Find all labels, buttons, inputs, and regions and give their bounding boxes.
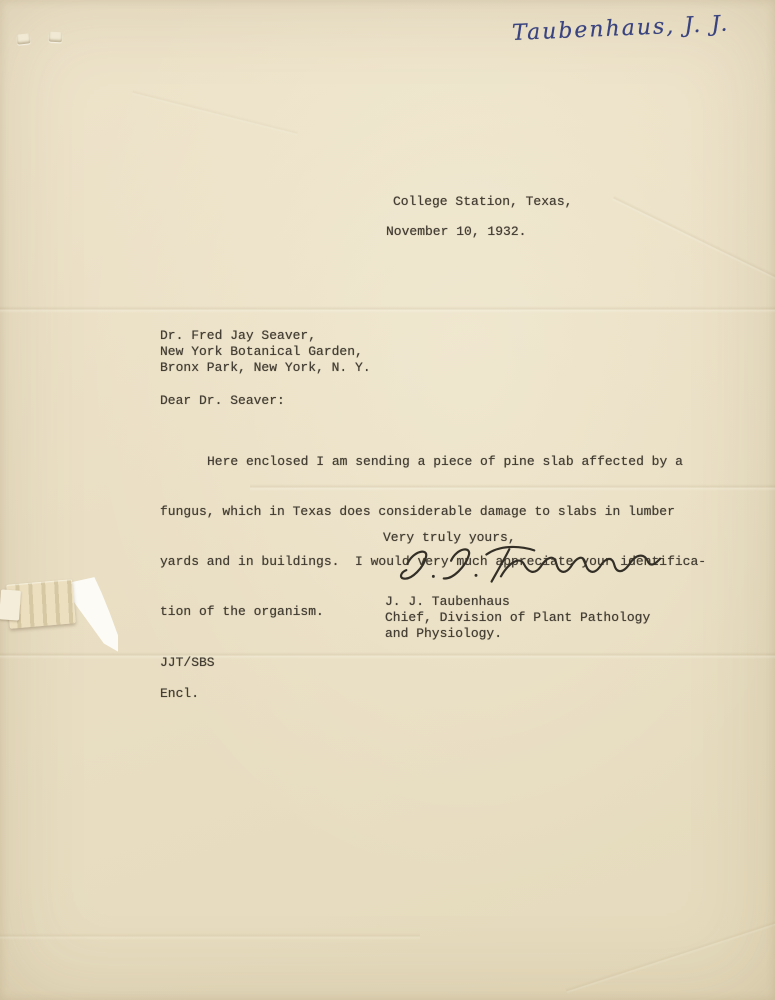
signer-title: and Physiology. [385, 626, 502, 643]
staple-mark [49, 32, 63, 43]
staple-mark [17, 33, 31, 44]
dateline-date: November 10, 1932. [386, 224, 526, 241]
recipient-line: Bronx Park, New York, N. Y. [160, 360, 371, 377]
scanned-letter: Taubenhaus, J. J. College Station, Texas… [0, 0, 775, 1000]
body-line: fungus, which in Texas does considerable… [160, 504, 706, 521]
signer-name: J. J. Taubenhaus [385, 594, 510, 611]
reference-initials: JJT/SBS [160, 655, 215, 672]
salutation: Dear Dr. Seaver: [160, 393, 285, 410]
handwritten-signature [392, 541, 664, 593]
body-line: Here enclosed I am sending a piece of pi… [160, 454, 706, 471]
signer-title: Chief, Division of Plant Pathology [385, 610, 650, 627]
dateline-place: College Station, Texas, [393, 194, 572, 211]
enclosure-note: Encl. [160, 686, 199, 703]
recipient-line: New York Botanical Garden, [160, 344, 363, 361]
tape-fragment [0, 589, 21, 620]
recipient-line: Dr. Fred Jay Seaver, [160, 328, 316, 345]
paper-tear [0, 568, 118, 670]
